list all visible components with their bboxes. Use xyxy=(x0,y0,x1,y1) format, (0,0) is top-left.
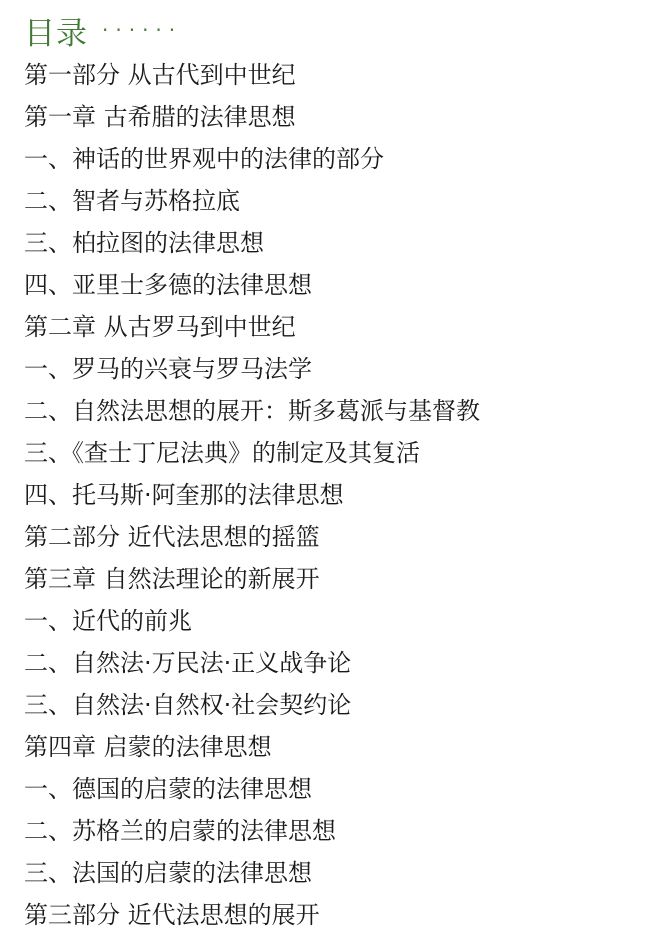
toc-item-section[interactable]: 一、近代的前兆 xyxy=(24,600,672,642)
toc-header: 目录 ······ xyxy=(24,0,672,54)
toc-item-part[interactable]: 第二部分 近代法思想的摇篮 xyxy=(24,516,672,558)
toc-item-section[interactable]: 四、托马斯·阿奎那的法律思想 xyxy=(24,474,672,516)
toc-item-section[interactable]: 一、神话的世界观中的法律的部分 xyxy=(24,138,672,180)
toc-item-section[interactable]: 二、苏格兰的启蒙的法律思想 xyxy=(24,810,672,852)
toc-item-part[interactable]: 第一部分 从古代到中世纪 xyxy=(24,54,672,96)
toc-item-section[interactable]: 二、自然法思想的展开：斯多葛派与基督教 xyxy=(24,390,672,432)
toc-item-chapter[interactable]: 第一章 古希腊的法律思想 xyxy=(24,96,672,138)
toc-item-section[interactable]: 三、自然法·自然权·社会契约论 xyxy=(24,684,672,726)
toc-item-section[interactable]: 一、罗马的兴衰与罗马法学 xyxy=(24,348,672,390)
toc-item-section[interactable]: 二、智者与苏格拉底 xyxy=(24,180,672,222)
toc-item-chapter[interactable]: 第四章 启蒙的法律思想 xyxy=(24,726,672,768)
toc-item-chapter[interactable]: 第三章 自然法理论的新展开 xyxy=(24,558,672,600)
toc-item-section[interactable]: 二、自然法·万民法·正义战争论 xyxy=(24,642,672,684)
toc-title-dots: ······ xyxy=(102,14,182,46)
toc-item-section[interactable]: 三、柏拉图的法律思想 xyxy=(24,222,672,264)
toc-item-section[interactable]: 四、亚里士多德的法律思想 xyxy=(24,264,672,306)
toc-item-section[interactable]: 三、法国的启蒙的法律思想 xyxy=(24,852,672,894)
toc-title: 目录 xyxy=(24,14,88,54)
toc-page: 目录 ······ 第一部分 从古代到中世纪 第一章 古希腊的法律思想 一、神话… xyxy=(0,0,672,936)
toc-item-section[interactable]: 一、德国的启蒙的法律思想 xyxy=(24,768,672,810)
toc-item-section[interactable]: 三、《查士丁尼法典》的制定及其复活 xyxy=(24,432,672,474)
toc-list: 第一部分 从古代到中世纪 第一章 古希腊的法律思想 一、神话的世界观中的法律的部… xyxy=(24,54,672,936)
toc-item-chapter[interactable]: 第二章 从古罗马到中世纪 xyxy=(24,306,672,348)
toc-item-part[interactable]: 第三部分 近代法思想的展开 xyxy=(24,894,672,936)
